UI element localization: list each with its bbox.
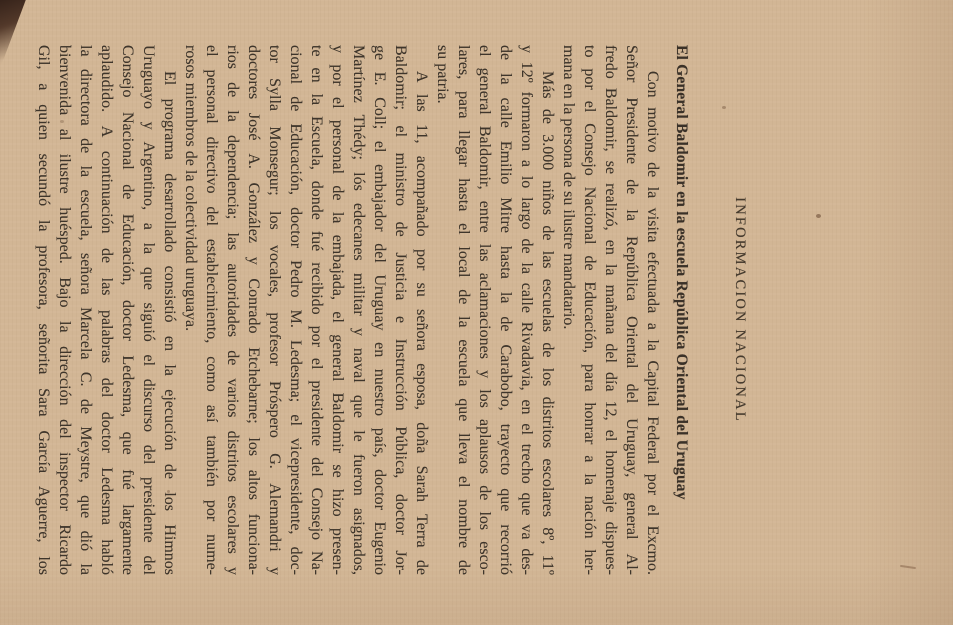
body-line: Uruguayo y Argentino, a la que siguió el…: [138, 45, 159, 575]
body-line: cional de Educación, doctor Pedro M. Led…: [285, 45, 306, 575]
body-line: ge E. Coll; el embajador del Uruguay en …: [369, 45, 390, 575]
scanned-page-photo: INFORMACION NACIONAL El General Baldomir…: [0, 0, 953, 625]
body-line: y por el personal de la embajada, el gen…: [327, 45, 348, 575]
body-line: El programa desarrollado consistió en la…: [159, 45, 180, 575]
body-line: el personal directivo del establecimient…: [201, 45, 222, 575]
body-line: fredo Baldomir, se realizó, en la mañana…: [600, 45, 621, 575]
body-line: Más de 3.000 niños de las escuelas de lo…: [537, 45, 558, 575]
section-title: INFORMACION NACIONAL: [731, 45, 748, 575]
article-body: Con motivo de la visita efectuada a la C…: [33, 45, 663, 575]
body-line: Martínez Thédy; lós edecanes militar y n…: [348, 45, 369, 575]
body-line: mana en la persona de su ilustre mandata…: [558, 45, 579, 575]
article: INFORMACION NACIONAL El General Baldomir…: [33, 45, 748, 575]
body-line: lares, para llegar hasta el local de la …: [453, 45, 474, 575]
body-line: doctores José A. González y Conrado Etch…: [243, 45, 264, 575]
body-line: rios de la dependencia; las autoridades …: [222, 45, 243, 575]
rotated-page-content: INFORMACION NACIONAL El General Baldomir…: [0, 0, 953, 625]
body-line: te en la Escuela, donde fué recibido por…: [306, 45, 327, 575]
body-line: la directora de la escuela, señora Marce…: [75, 45, 96, 575]
body-line: Señor Presidente de la República Orienta…: [621, 45, 642, 575]
body-line: tor Sylla Monsegur; los vocales, profeso…: [264, 45, 285, 575]
body-line: bienvenida al ilustre huésped. Bajo la d…: [54, 45, 75, 575]
body-line: Con motivo de la visita efectuada a la C…: [642, 45, 663, 575]
body-line: A las 11, acompañado por su señora espos…: [411, 45, 432, 575]
body-line: Baldomir; el ministro de Justicia e Inst…: [390, 45, 411, 575]
body-line: aplaudido. A continuación de las palabra…: [96, 45, 117, 575]
body-line: to por el Consejo Nacional de Educación,…: [579, 45, 600, 575]
article-headline: El General Baldomir en la escuela Repúbl…: [672, 45, 690, 575]
body-line: su patria.: [432, 45, 453, 575]
body-line: y 12º formaron a lo largo de la calle Ri…: [516, 45, 537, 575]
body-line: Consejo Nacional de Educación, doctor Le…: [117, 45, 138, 575]
body-line: rosos miembros de la colectividad urugua…: [180, 45, 201, 575]
body-line: de la calle Emilio Mitre hasta la de Car…: [495, 45, 516, 575]
body-line: el general Baldomir, entre las aclamacio…: [474, 45, 495, 575]
body-line: Gil, a quien secundó la profesora, señor…: [33, 45, 54, 575]
